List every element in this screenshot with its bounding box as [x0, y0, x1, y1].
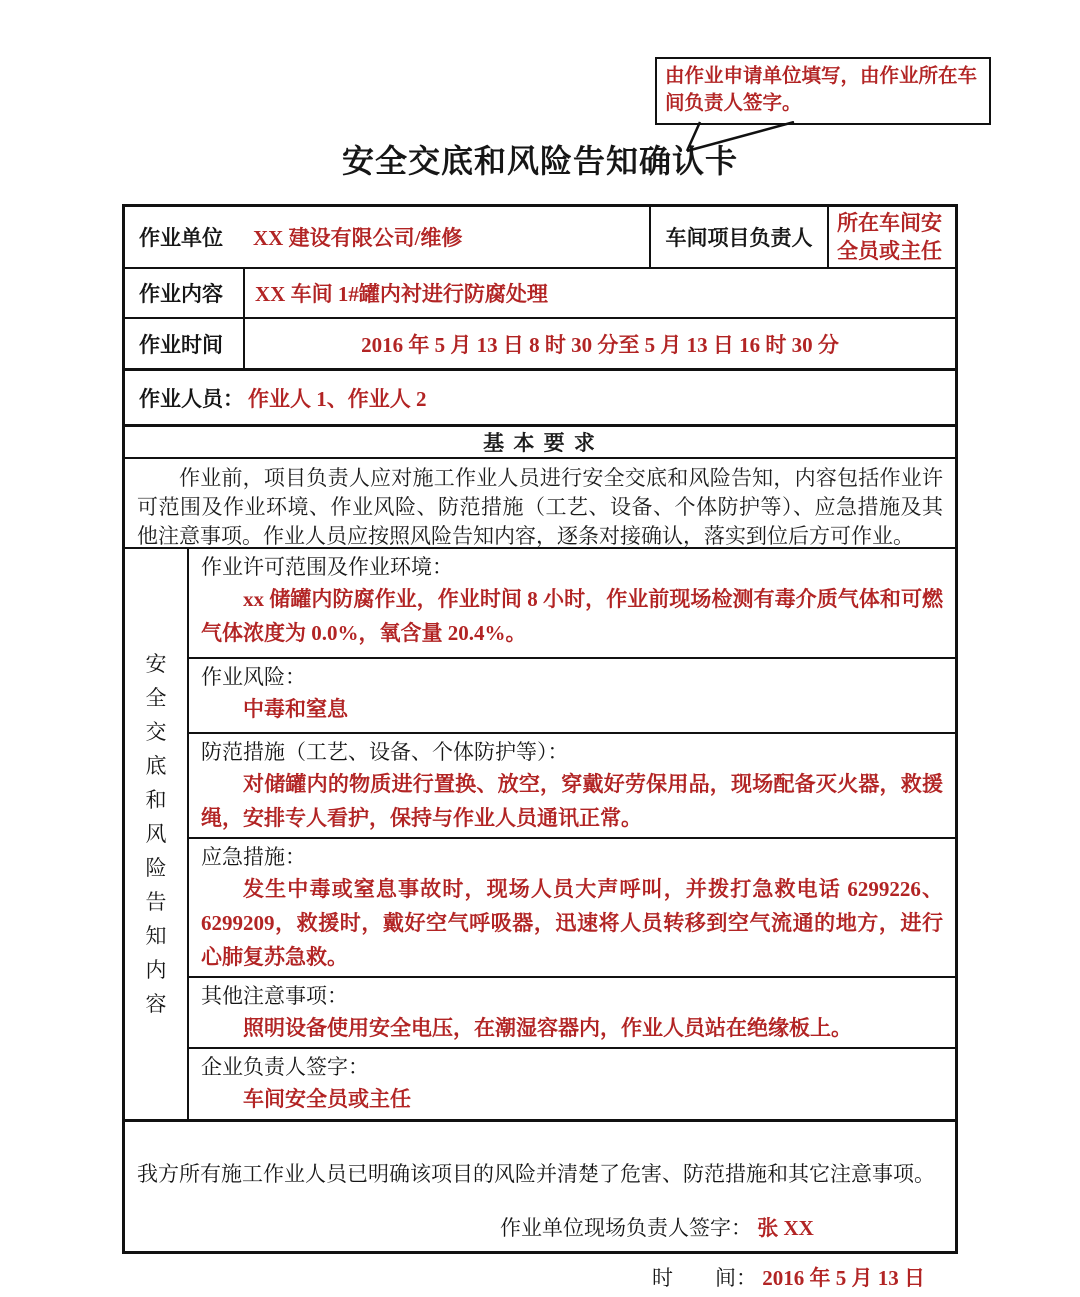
disclosure-block: 安全交底和风险告知内容 作业许可范围及作业环境： xx 储罐内防腐作业，作业时间… [125, 549, 955, 1122]
footer-confirmation: 我方所有施工作业人员已明确该项目的风险并清楚了危害、防范措施和其它注意事项。 作… [125, 1122, 955, 1297]
section-other-notes: 其他注意事项： 照明设备使用安全电压，在潮湿容器内，作业人员站在绝缘板上。 [189, 978, 955, 1049]
workers-label: 作业人员： [139, 383, 244, 413]
section-value: 中毒和窒息 [201, 692, 943, 726]
section-value: 照明设备使用安全电压，在潮湿容器内，作业人员站在绝缘板上。 [201, 1011, 943, 1045]
section-value: 发生中毒或窒息事故时，现场人员大声呼叫，并拨打急救电话 6299226、6299… [201, 872, 943, 974]
work-content-label: 作业内容 [125, 269, 243, 317]
section-work-risk: 作业风险： 中毒和窒息 [189, 659, 955, 734]
date-line: 时 间： 2016 年 5 月 13 日 [125, 1262, 955, 1292]
work-time-label: 作业时间 [125, 319, 243, 368]
basic-requirements-body: 作业前，项目负责人应对施工作业人员进行安全交底和风险告知，内容包括作业许可范围及… [125, 459, 955, 547]
workshop-manager-label: 车间项目负责人 [649, 207, 827, 267]
section-preventive-measures: 防范措施（工艺、设备、个体防护等）： 对储罐内的物质进行置换、放空，穿戴好劳保用… [189, 734, 955, 839]
section-enterprise-signature: 企业负责人签字： 车间安全员或主任 [189, 1049, 955, 1119]
basic-requirements-header: 基 本 要 求 [125, 427, 955, 457]
site-signer-value: 张 XX [757, 1216, 814, 1240]
footer-statement: 我方所有施工作业人员已明确该项目的风险并清楚了危害、防范措施和其它注意事项。 [125, 1122, 955, 1188]
callout-note: 由作业申请单位填写，由作业所在车间负责人签字。 [655, 57, 991, 125]
site-signer-label: 作业单位现场负责人签字： [500, 1216, 752, 1240]
work-unit-value: XX 建设有限公司/维修 [243, 207, 649, 267]
section-value: xx 储罐内防腐作业，作业时间 8 小时，作业前现场检测有毒介质气体和可燃气体浓… [201, 582, 943, 650]
section-label: 防范措施（工艺、设备、个体防护等）： [201, 737, 943, 767]
section-value: 对储罐内的物质进行置换、放空，穿戴好劳保用品，现场配备灭火器，救援绳，安排专人看… [201, 767, 943, 835]
date-label: 时 间： [652, 1266, 757, 1290]
callout-tail-pointer [668, 121, 808, 157]
work-content-value: XX 车间 1#罐内衬进行防腐处理 [243, 269, 955, 317]
row-workers: 作业人员： 作业人 1、作业人 2 [125, 371, 955, 427]
callout-note-text: 由作业申请单位填写，由作业所在车间负责人签字。 [665, 66, 977, 114]
row-work-content: 作业内容 XX 车间 1#罐内衬进行防腐处理 [125, 269, 955, 319]
work-unit-label: 作业单位 [125, 207, 243, 267]
confirmation-card-table: 作业单位 XX 建设有限公司/维修 车间项目负责人 所在车间安全员或主任 作业内… [122, 204, 958, 1254]
work-time-value: 2016 年 5 月 13 日 8 时 30 分至 5 月 13 日 16 时 … [243, 319, 955, 368]
section-label: 作业许可范围及作业环境： [201, 552, 943, 582]
row-basic-requirements-header: 基 本 要 求 [125, 427, 955, 459]
row-work-time: 作业时间 2016 年 5 月 13 日 8 时 30 分至 5 月 13 日 … [125, 319, 955, 371]
workers-cell: 作业人员： 作业人 1、作业人 2 [125, 371, 955, 424]
section-label: 应急措施： [201, 842, 943, 872]
disclosure-side-label: 安全交底和风险告知内容 [125, 549, 189, 1119]
section-label: 企业负责人签字： [201, 1052, 943, 1082]
section-emergency-measures: 应急措施： 发生中毒或窒息事故时，现场人员大声呼叫，并拨打急救电话 629922… [189, 839, 955, 978]
site-signer-line: 作业单位现场负责人签字： 张 XX [500, 1212, 955, 1242]
date-value: 2016 年 5 月 13 日 [762, 1266, 925, 1290]
section-label: 作业风险： [201, 662, 943, 692]
row-basic-requirements-body: 作业前，项目负责人应对施工作业人员进行安全交底和风险告知，内容包括作业许可范围及… [125, 459, 955, 549]
section-work-permit-scope: 作业许可范围及作业环境： xx 储罐内防腐作业，作业时间 8 小时，作业前现场检… [189, 549, 955, 659]
section-label: 其他注意事项： [201, 981, 943, 1011]
workshop-manager-value: 所在车间安全员或主任 [827, 207, 955, 267]
document-page: 由作业申请单位填写，由作业所在车间负责人签字。 安全交底和风险告知确认卡 作业单… [0, 0, 1080, 1297]
row-work-unit: 作业单位 XX 建设有限公司/维修 车间项目负责人 所在车间安全员或主任 [125, 207, 955, 269]
section-value: 车间安全员或主任 [201, 1082, 943, 1116]
disclosure-sections: 作业许可范围及作业环境： xx 储罐内防腐作业，作业时间 8 小时，作业前现场检… [189, 549, 955, 1119]
workers-value: 作业人 1、作业人 2 [248, 383, 427, 413]
